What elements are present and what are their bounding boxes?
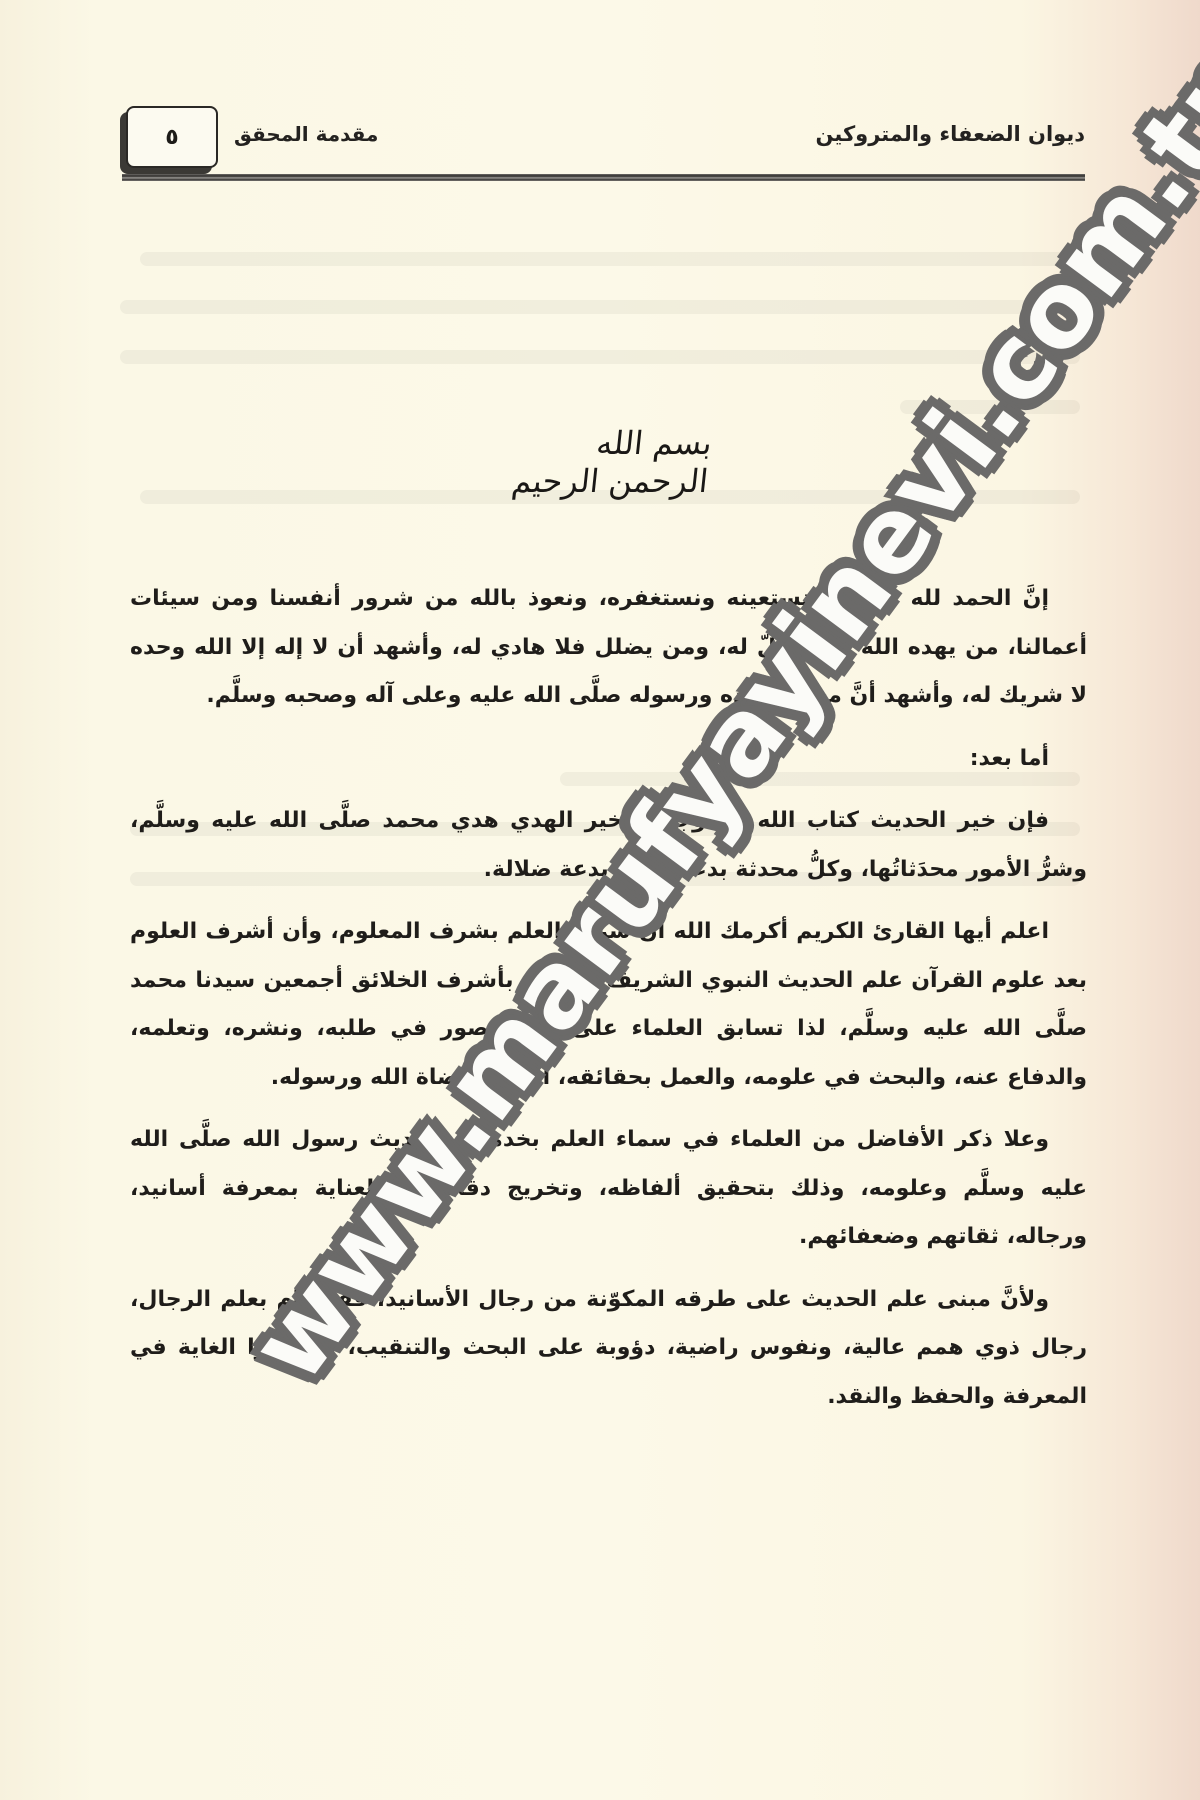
section-title: مقدمة المحقق — [234, 122, 378, 146]
book-page: ٥ مقدمة المحقق ديوان الضعفاء والمتروكين … — [0, 0, 1200, 1800]
basmala-calligraphy: بسم الله الرحمن الرحيم — [486, 422, 714, 502]
paragraph: وعلا ذكر الأفاضل من العلماء في سماء العل… — [130, 1116, 1087, 1262]
page-number: ٥ — [165, 125, 178, 150]
paragraph: ولأنَّ مبنى علم الحديث على طرقه المكوّنة… — [130, 1276, 1087, 1422]
introduction-text: إنَّ الحمد لله نحمده ونستعينه ونستغفره، … — [130, 575, 1087, 1435]
paragraph: اعلم أيها القارئ الكريم أكرمك الله أنَّ … — [130, 908, 1087, 1102]
header-rule — [122, 174, 1085, 181]
paragraph: فإن خير الحديث كتاب الله عز وجل، وخير ال… — [130, 797, 1087, 894]
page-number-box: ٥ — [126, 106, 218, 168]
paragraph: إنَّ الحمد لله نحمده ونستعينه ونستغفره، … — [130, 575, 1087, 721]
book-title: ديوان الضعفاء والمتروكين — [815, 122, 1085, 146]
paragraph-heading: أما بعد: — [130, 735, 1087, 784]
running-header: ٥ مقدمة المحقق ديوان الضعفاء والمتروكين — [122, 100, 1085, 184]
